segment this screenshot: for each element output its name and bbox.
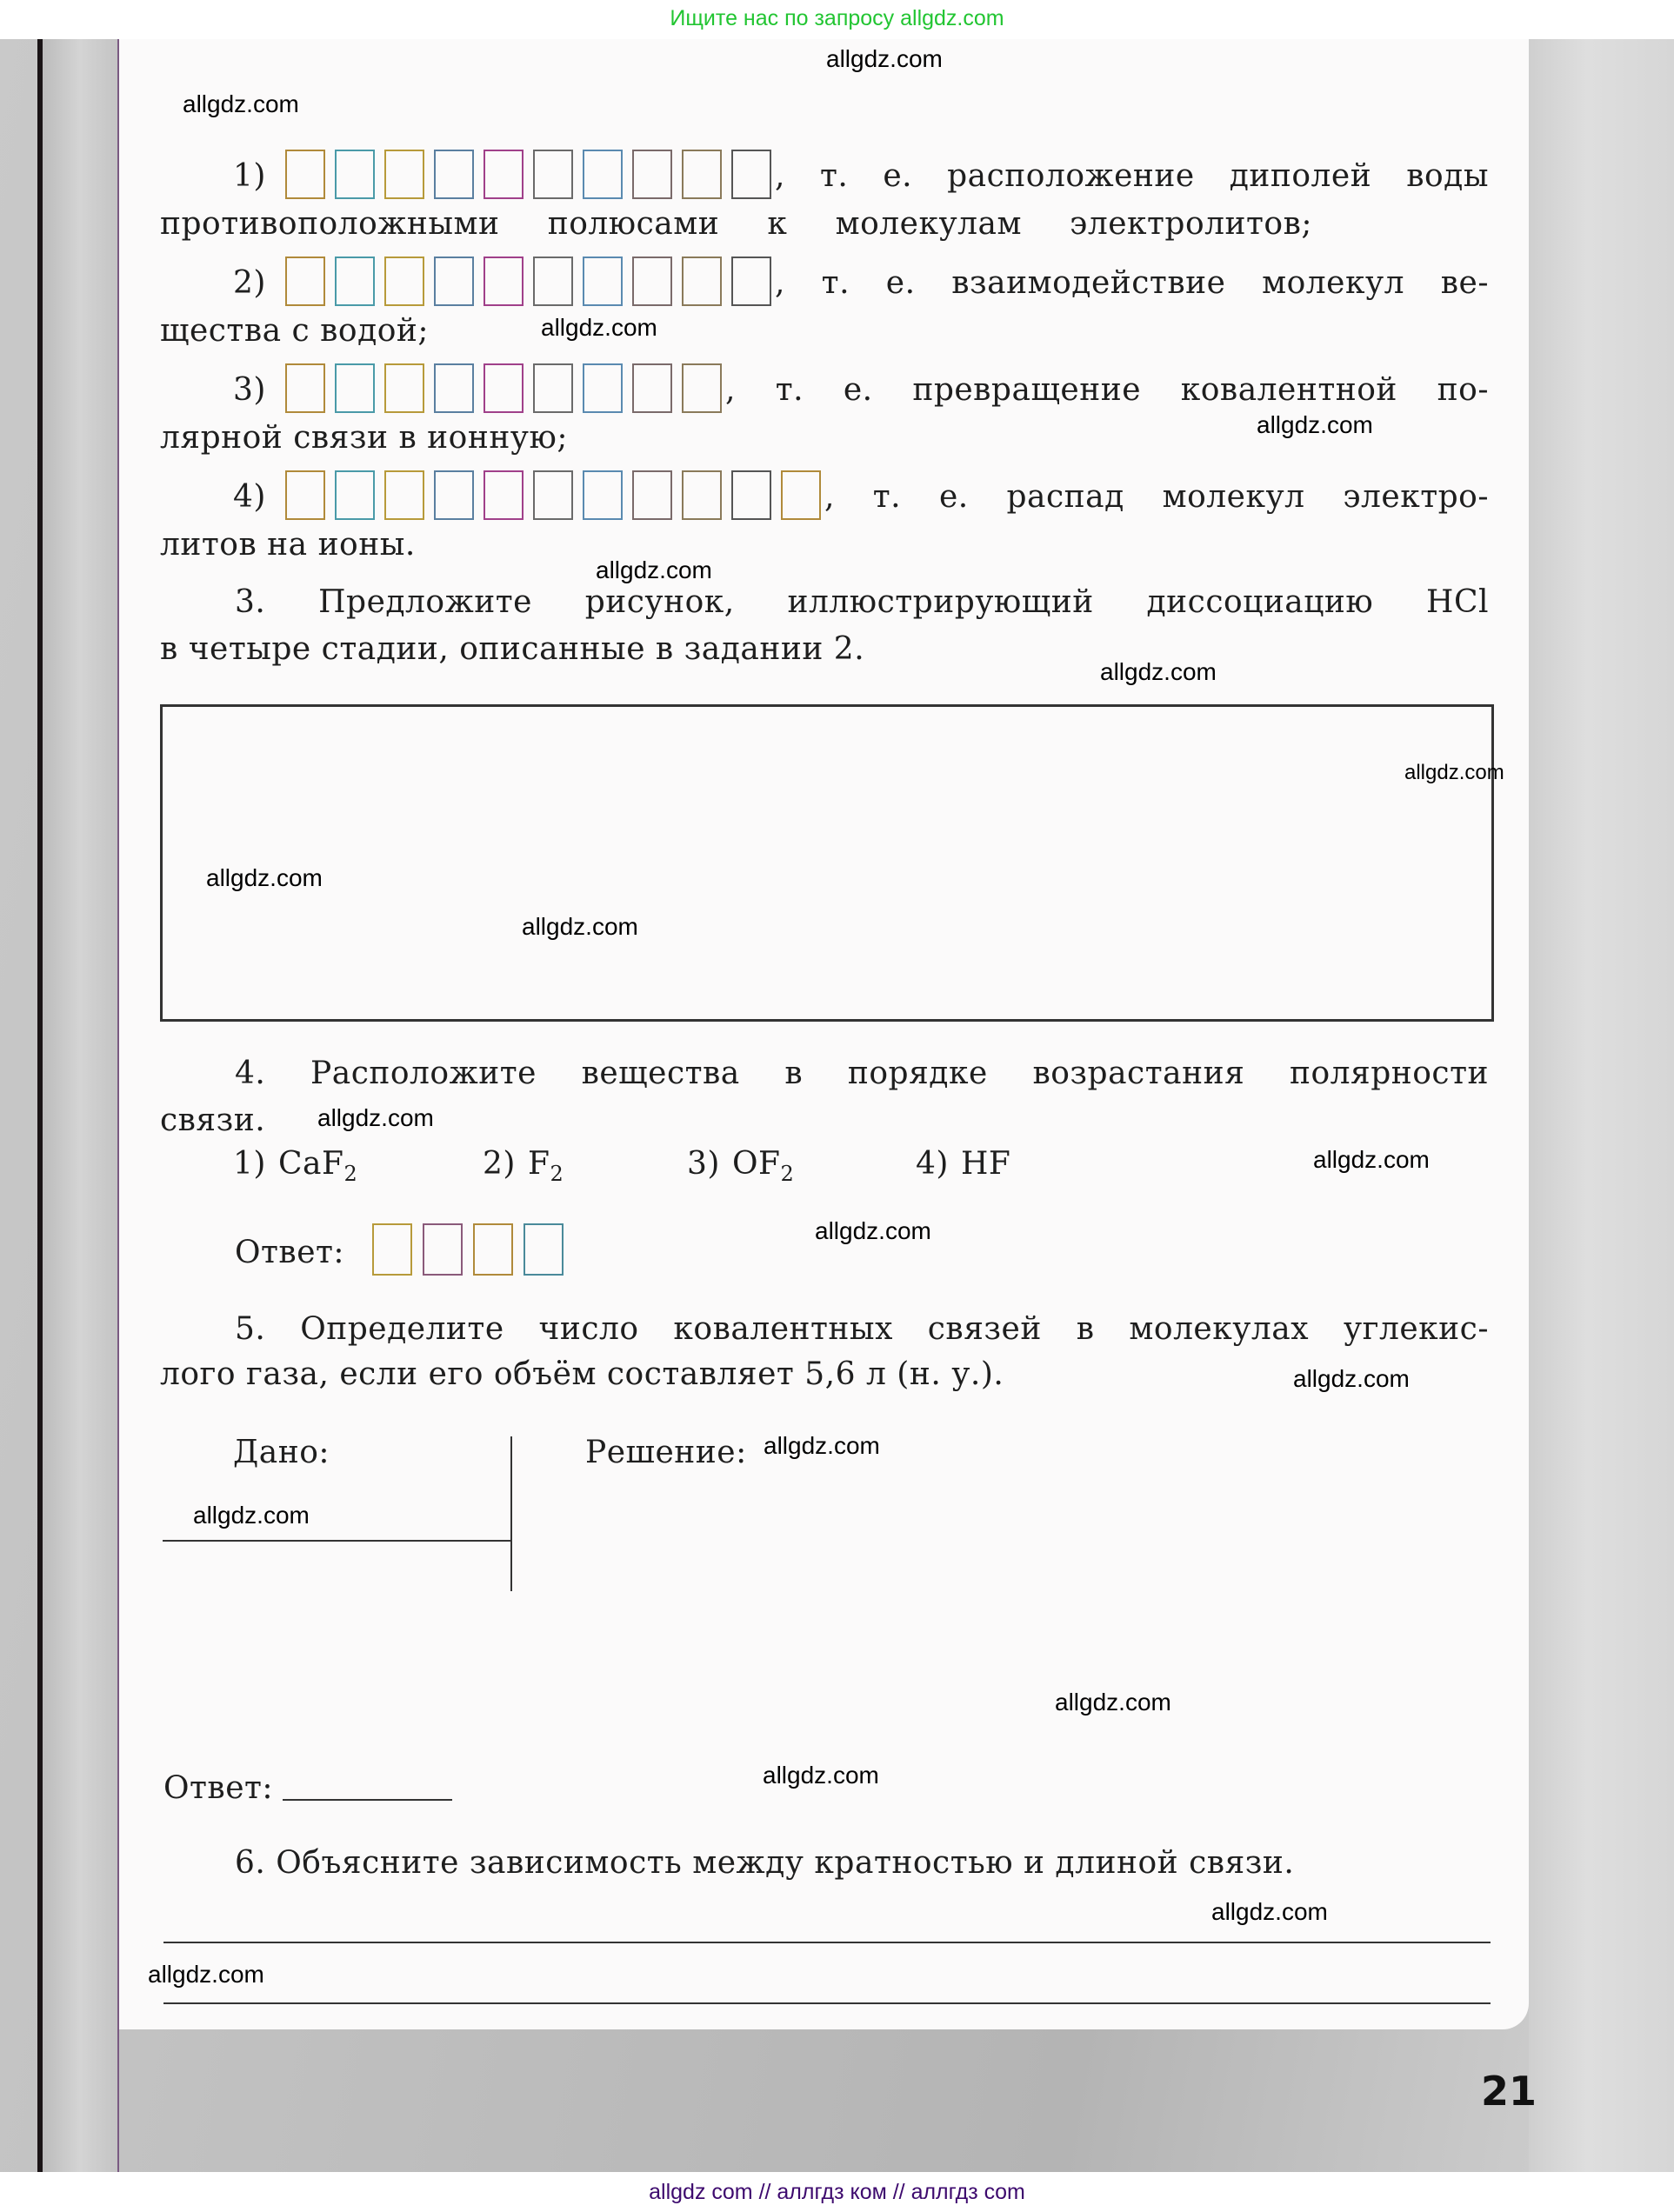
watermark: allgdz.com [206, 864, 323, 892]
top-banner[interactable]: Ищите нас по запросу allgdz.com [0, 0, 1674, 39]
task4-line1: 4. Расположите вещества в порядке возрас… [235, 1056, 1489, 1091]
task2-item-number: 3) [233, 372, 266, 408]
task4-option: 3)OF2 [687, 1146, 794, 1186]
letter-box[interactable] [335, 363, 375, 413]
option-formula: F [528, 1146, 550, 1182]
letter-box[interactable] [632, 257, 672, 306]
next-page-edge [1529, 39, 1674, 2172]
watermark: allgdz.com [522, 913, 638, 941]
watermark: allgdz.com [1055, 1689, 1171, 1716]
task4-answer-label: Ответ: [235, 1235, 344, 1270]
bottom-banner[interactable]: allgdz com // аллгдз ком // аллгдз com [0, 2172, 1674, 2212]
option-label: 4) [916, 1146, 949, 1182]
letter-box[interactable] [533, 257, 573, 306]
task5-answer-line[interactable] [283, 1799, 452, 1801]
book-spine-strip [43, 39, 119, 2172]
task3-line1: 3. Предложите рисунок, иллюстрирующий ди… [235, 584, 1489, 620]
given-divider-vertical [510, 1436, 512, 1591]
watermark: allgdz.com [763, 1762, 879, 1789]
letter-box[interactable] [434, 150, 474, 199]
bottom-banner-text[interactable]: allgdz com // аллгдз ком // аллгдз com [649, 2180, 1025, 2204]
letter-box[interactable] [335, 470, 375, 520]
watermark: allgdz.com [815, 1217, 931, 1245]
letter-box[interactable] [632, 150, 672, 199]
letter-box[interactable] [384, 150, 424, 199]
page-number: 21 [1481, 2068, 1537, 2115]
letter-box[interactable] [484, 150, 524, 199]
letter-box[interactable] [285, 363, 325, 413]
task4-option: 4)HF [916, 1146, 1010, 1186]
given-divider-horizontal [163, 1540, 511, 1542]
task3-line2: в четыре стадии, описанные в задании 2. [160, 631, 864, 667]
task2-item-continuation: лярной связи в ионную; [160, 420, 568, 456]
option-label: 1) [233, 1146, 266, 1182]
solution-input-area[interactable] [522, 1478, 1487, 1739]
watermark: allgdz.com [1293, 1365, 1410, 1393]
letter-box[interactable] [632, 470, 672, 520]
letter-box[interactable] [484, 470, 524, 520]
letter-box[interactable] [682, 470, 722, 520]
task4-line2: связи. [160, 1103, 265, 1138]
letter-box[interactable] [335, 257, 375, 306]
task5-line2: лого газа, если его объём составляет 5,6… [160, 1356, 1004, 1392]
watermark: allgdz.com [148, 1961, 264, 1989]
option-formula: HF [961, 1146, 1010, 1182]
task2-item-continuation: литов на ионы. [160, 527, 416, 563]
answer-digit-box[interactable] [423, 1223, 463, 1276]
letter-box[interactable] [682, 150, 722, 199]
task4-option: 2)F2 [483, 1146, 564, 1186]
top-banner-text[interactable]: Ищите нас по запросу allgdz.com [670, 6, 1004, 30]
task2-item-number: 1) [233, 158, 266, 194]
watermark: allgdz.com [541, 314, 657, 342]
task2-item-number: 4) [233, 479, 266, 515]
letter-box[interactable] [285, 470, 325, 520]
answer-digit-box[interactable] [372, 1223, 412, 1276]
letter-box[interactable] [682, 363, 722, 413]
letter-box[interactable] [781, 470, 821, 520]
watermark: allgdz.com [193, 1502, 310, 1529]
task2-item-text: , т. е. расположение диполей воды [775, 158, 1489, 194]
option-label: 2) [483, 1146, 516, 1182]
drawing-area[interactable] [160, 704, 1494, 1022]
letter-box[interactable] [583, 470, 623, 520]
letter-box[interactable] [285, 150, 325, 199]
answer-line-1[interactable] [163, 1942, 1491, 1943]
watermark: allgdz.com [596, 556, 712, 584]
letter-box[interactable] [434, 470, 474, 520]
letter-box[interactable] [731, 470, 771, 520]
letter-box[interactable] [632, 363, 672, 413]
task4-answer-boxes[interactable] [372, 1223, 564, 1276]
task2-item-text: , т. е. превращение ковалентной по- [725, 372, 1489, 408]
letter-box[interactable] [533, 150, 573, 199]
letter-box[interactable] [434, 257, 474, 306]
letter-box[interactable] [583, 257, 623, 306]
task2-item-continuation: противоположными полюсами к молекулам эл… [160, 206, 1312, 242]
task2-item-number: 2) [233, 265, 266, 301]
answer-line-2[interactable] [163, 2002, 1491, 2004]
letter-box[interactable] [484, 257, 524, 306]
task2-item-continuation: щества с водой; [160, 313, 429, 349]
watermark: allgdz.com [1211, 1898, 1328, 1926]
option-subscript: 2 [550, 1162, 564, 1186]
letter-box[interactable] [335, 150, 375, 199]
watermark: allgdz.com [764, 1432, 880, 1460]
task4-option: 1)CaF2 [233, 1146, 357, 1186]
letter-box[interactable] [384, 363, 424, 413]
letter-box[interactable] [682, 257, 722, 306]
option-label: 3) [687, 1146, 720, 1182]
letter-box[interactable] [434, 363, 474, 413]
option-formula: OF [732, 1146, 781, 1182]
letter-box[interactable] [285, 257, 325, 306]
letter-box[interactable] [384, 470, 424, 520]
task5-answer-label: Ответ: [163, 1770, 273, 1806]
watermark: allgdz.com [1257, 411, 1373, 439]
watermark: allgdz.com [1313, 1146, 1430, 1174]
watermark: allgdz.com [1404, 761, 1504, 785]
watermark: allgdz.com [1100, 658, 1217, 686]
watermark: allgdz.com [826, 45, 943, 73]
option-formula: CaF [278, 1146, 344, 1182]
letter-box[interactable] [583, 150, 623, 199]
given-label: Дано: [233, 1435, 330, 1470]
letter-box[interactable] [731, 257, 771, 306]
watermark: allgdz.com [183, 90, 299, 118]
watermark: allgdz.com [317, 1104, 434, 1132]
solution-label: Решение: [585, 1435, 747, 1470]
task2-answer-boxes[interactable] [285, 257, 771, 306]
task2-answer-boxes[interactable] [285, 150, 771, 199]
letter-box[interactable] [583, 363, 623, 413]
task2-item-text: , т. е. взаимодействие молекул ве- [775, 265, 1489, 301]
answer-digit-box[interactable] [473, 1223, 513, 1276]
letter-box[interactable] [731, 150, 771, 199]
task5-line1: 5. Определите число ковалентных связей в… [235, 1311, 1489, 1347]
letter-box[interactable] [533, 363, 573, 413]
option-subscript: 2 [343, 1162, 357, 1186]
letter-box[interactable] [533, 470, 573, 520]
task2-answer-boxes[interactable] [285, 470, 821, 520]
letter-box[interactable] [484, 363, 524, 413]
answer-digit-box[interactable] [524, 1223, 564, 1276]
task2-item-text: , т. е. распад молекул электро- [824, 479, 1489, 515]
letter-box[interactable] [384, 257, 424, 306]
task2-answer-boxes[interactable] [285, 363, 722, 413]
task6-line1: 6. Объясните зависимость между кратность… [235, 1845, 1294, 1881]
option-subscript: 2 [780, 1162, 794, 1186]
